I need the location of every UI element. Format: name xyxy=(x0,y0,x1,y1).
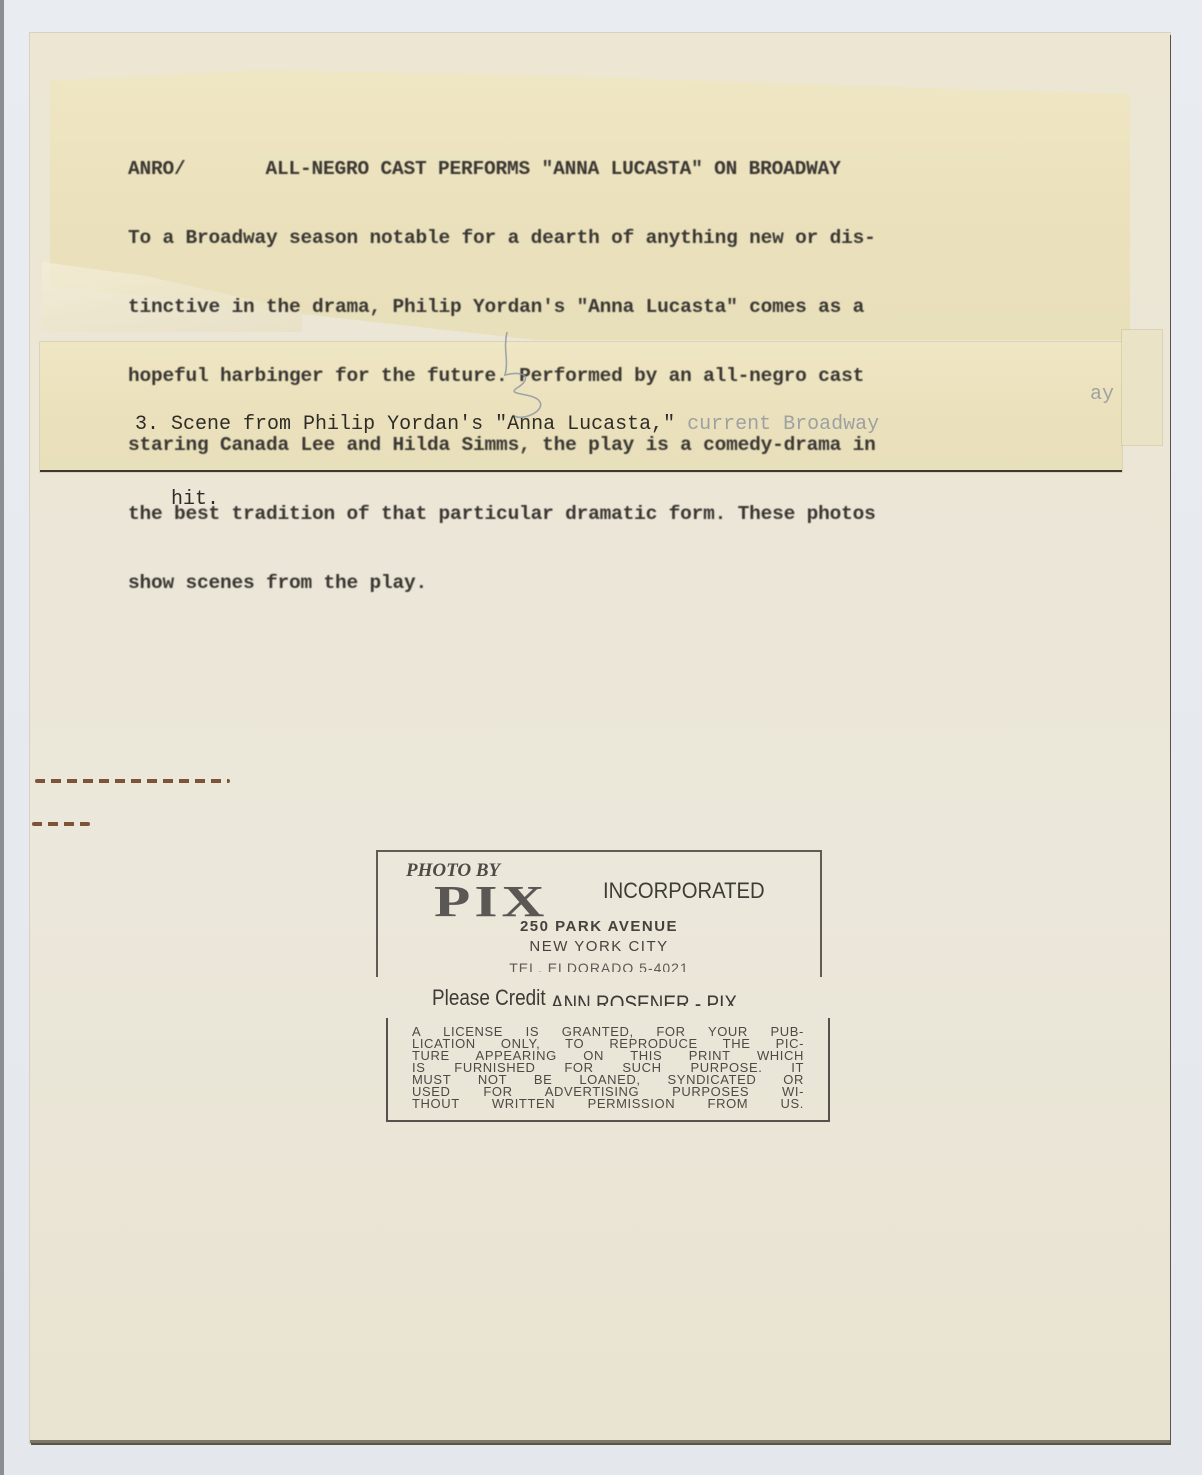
release-line: To a Broadway season notable for a deart… xyxy=(128,227,1118,250)
credit-photographer: ANN ROSENER xyxy=(551,991,690,1006)
credit-agency: PIX xyxy=(706,991,737,1006)
license-line: THOUT WRITTEN PERMISSION FROM US. xyxy=(412,1098,804,1110)
license-stamp: A LICENSE IS GRANTED, FOR YOUR PUB- LICA… xyxy=(386,1018,830,1122)
stamp-agency-suffix: INCORPORATED xyxy=(603,878,765,904)
caption-line-1: 3. Scene from Philip Yordan's "Anna Luca… xyxy=(135,412,1115,437)
stamp-address-line: 250 PARK AVENUE xyxy=(378,918,820,935)
photo-caption: 3. Scene from Philip Yordan's "Anna Luca… xyxy=(135,362,1115,562)
caption-text: Scene from Philip Yordan's "Anna Lucasta… xyxy=(171,413,675,436)
caption-number: 3. xyxy=(135,413,159,436)
release-headline-row: ANRO/ALL-NEGRO CAST PERFORMS "ANNA LUCAS… xyxy=(128,158,1118,181)
release-line: tinctive in the drama, Philip Yordan's "… xyxy=(128,296,1118,319)
caption-stray-text: ay xyxy=(1090,382,1114,407)
stamp-phone: TEL. ELDORADO 5-4021 xyxy=(378,960,820,972)
caption-tape-overlap xyxy=(1122,330,1162,445)
license-text: A LICENSE IS GRANTED, FOR YOUR PUB- LICA… xyxy=(412,1026,804,1110)
scanner-edge xyxy=(0,0,4,1475)
rust-stain xyxy=(32,822,90,826)
caption-faded-text: current Broadway xyxy=(675,413,879,436)
agency-stamp: PHOTO BY PIX INCORPORATED 250 PARK AVENU… xyxy=(376,850,822,977)
stamp-address-line: NEW YORK CITY xyxy=(378,938,820,955)
credit-separator: - xyxy=(695,991,701,1006)
rust-stain xyxy=(35,779,230,783)
release-line: show scenes from the play. xyxy=(128,572,1118,595)
release-slug: ANRO/ xyxy=(128,158,186,180)
caption-text-2: hit. xyxy=(171,488,219,511)
caption-line-2: hit. xyxy=(135,487,1115,512)
credit-stamp: Please Credit ANN ROSENER - PIX xyxy=(432,985,737,1011)
credit-prefix: Please Credit xyxy=(432,985,546,1010)
release-headline: ALL-NEGRO CAST PERFORMS "ANNA LUCASTA" O… xyxy=(266,158,841,180)
